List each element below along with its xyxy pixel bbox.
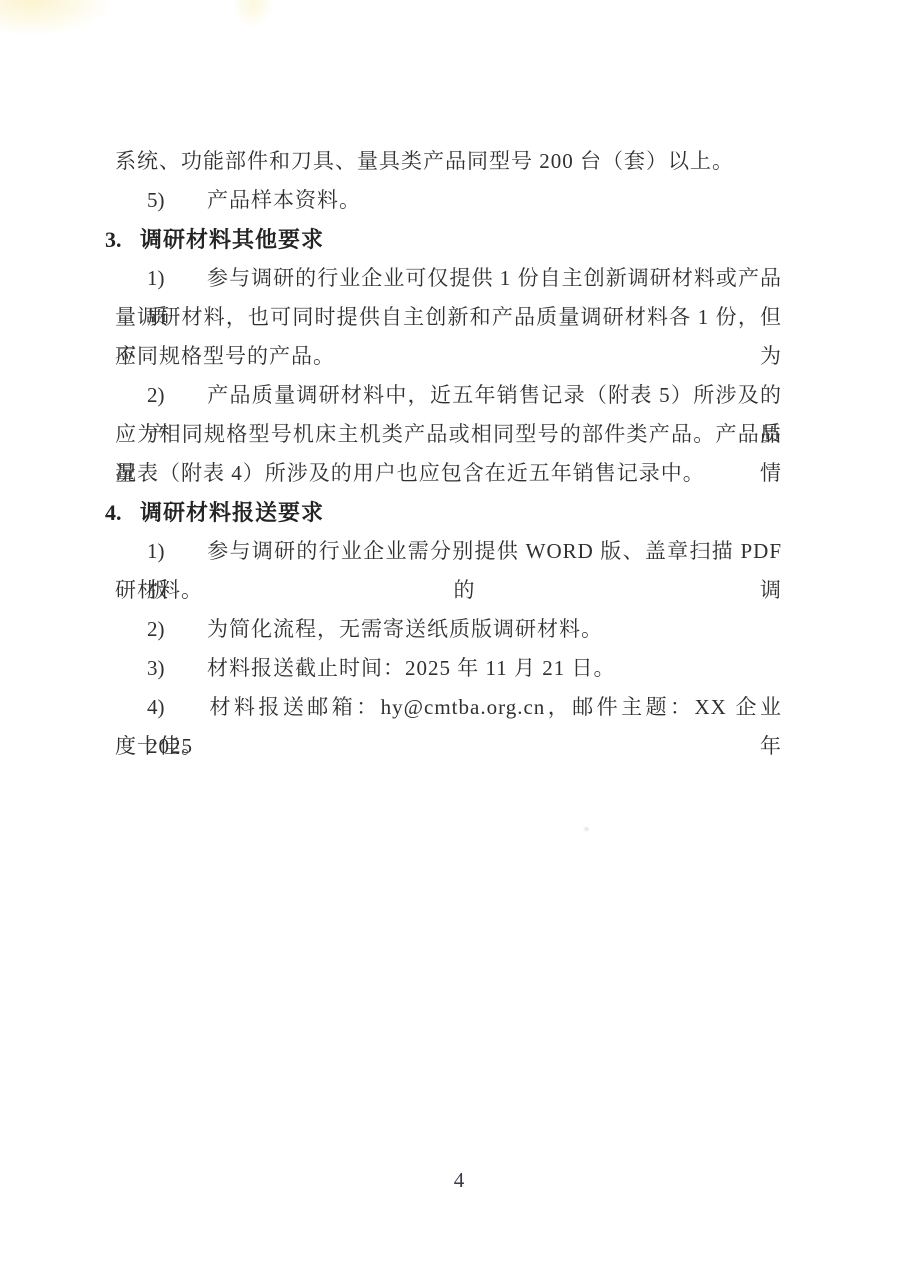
item-number: 2)	[147, 376, 207, 415]
line-text: 研材料。	[115, 578, 203, 602]
line-text: 调研材料其他要求	[140, 227, 324, 252]
item-number: 2)	[147, 610, 207, 649]
text-line: 量调研材料，也可同时提供自主创新和产品质量调研材料各 1 份，但应为	[0, 298, 900, 337]
line-text: 度十佳。	[115, 734, 203, 758]
item-number: 1)	[147, 532, 207, 571]
document-body: 系统、功能部件和刀具、量具类产品同型号 200 台（套）以上。5)产品样本资料。…	[0, 142, 900, 766]
document-page: 系统、功能部件和刀具、量具类产品同型号 200 台（套）以上。5)产品样本资料。…	[0, 0, 900, 1272]
line-text: 调研材料报送要求	[140, 500, 324, 525]
list-item: 2)为简化流程，无需寄送纸质版调研材料。	[0, 610, 900, 649]
list-item: 1)参与调研的行业企业可仅提供 1 份自主创新调研材料或产品质	[0, 259, 900, 298]
line-text: 产品样本资料。	[207, 188, 361, 212]
list-item: 2)产品质量调研材料中，近五年销售记录（附表 5）所涉及的产品	[0, 376, 900, 415]
text-line: 系统、功能部件和刀具、量具类产品同型号 200 台（套）以上。	[0, 142, 900, 181]
line-text: 为简化流程，无需寄送纸质版调研材料。	[207, 617, 603, 641]
text-line: 应为相同规格型号机床主机类产品或相同型号的部件类产品。产品质量情	[0, 415, 900, 454]
item-number: 3)	[147, 649, 207, 688]
scan-speck	[583, 826, 590, 832]
scan-smudge	[232, 0, 274, 28]
list-item: 1)参与调研的行业企业需分别提供 WORD 版、盖章扫描 PDF 版的调	[0, 532, 900, 571]
item-number: 1)	[147, 259, 207, 298]
list-item: 3)材料报送截止时间：2025 年 11 月 21 日。	[0, 649, 900, 688]
scan-smudge	[0, 0, 110, 34]
line-text: 材料报送截止时间：2025 年 11 月 21 日。	[207, 656, 615, 680]
line-text: 参与调研的行业企业需分别提供 WORD 版、盖章扫描 PDF 版的调	[147, 539, 782, 602]
list-item: 4)材料报送邮箱：hy@cmtba.org.cn，邮件主题：XX 企业 2025…	[0, 688, 900, 727]
section-heading: 3.调研材料其他要求	[0, 220, 900, 259]
line-text: 系统、功能部件和刀具、量具类产品同型号 200 台（套）以上。	[115, 149, 734, 173]
line-text: 材料报送邮箱：hy@cmtba.org.cn，邮件主题：XX 企业 2025 年	[147, 695, 782, 758]
list-item: 5)产品样本资料。	[0, 181, 900, 220]
line-text: 不同规格型号的产品。	[115, 344, 335, 368]
item-number: 4.	[105, 493, 140, 532]
page-number: 4	[0, 1161, 900, 1199]
item-number: 5)	[147, 181, 207, 220]
line-text: 况表（附表 4）所涉及的用户也应包含在近五年销售记录中。	[115, 461, 705, 485]
section-heading: 4.调研材料报送要求	[0, 493, 900, 532]
item-number: 4)	[147, 688, 207, 727]
item-number: 3.	[105, 220, 140, 259]
